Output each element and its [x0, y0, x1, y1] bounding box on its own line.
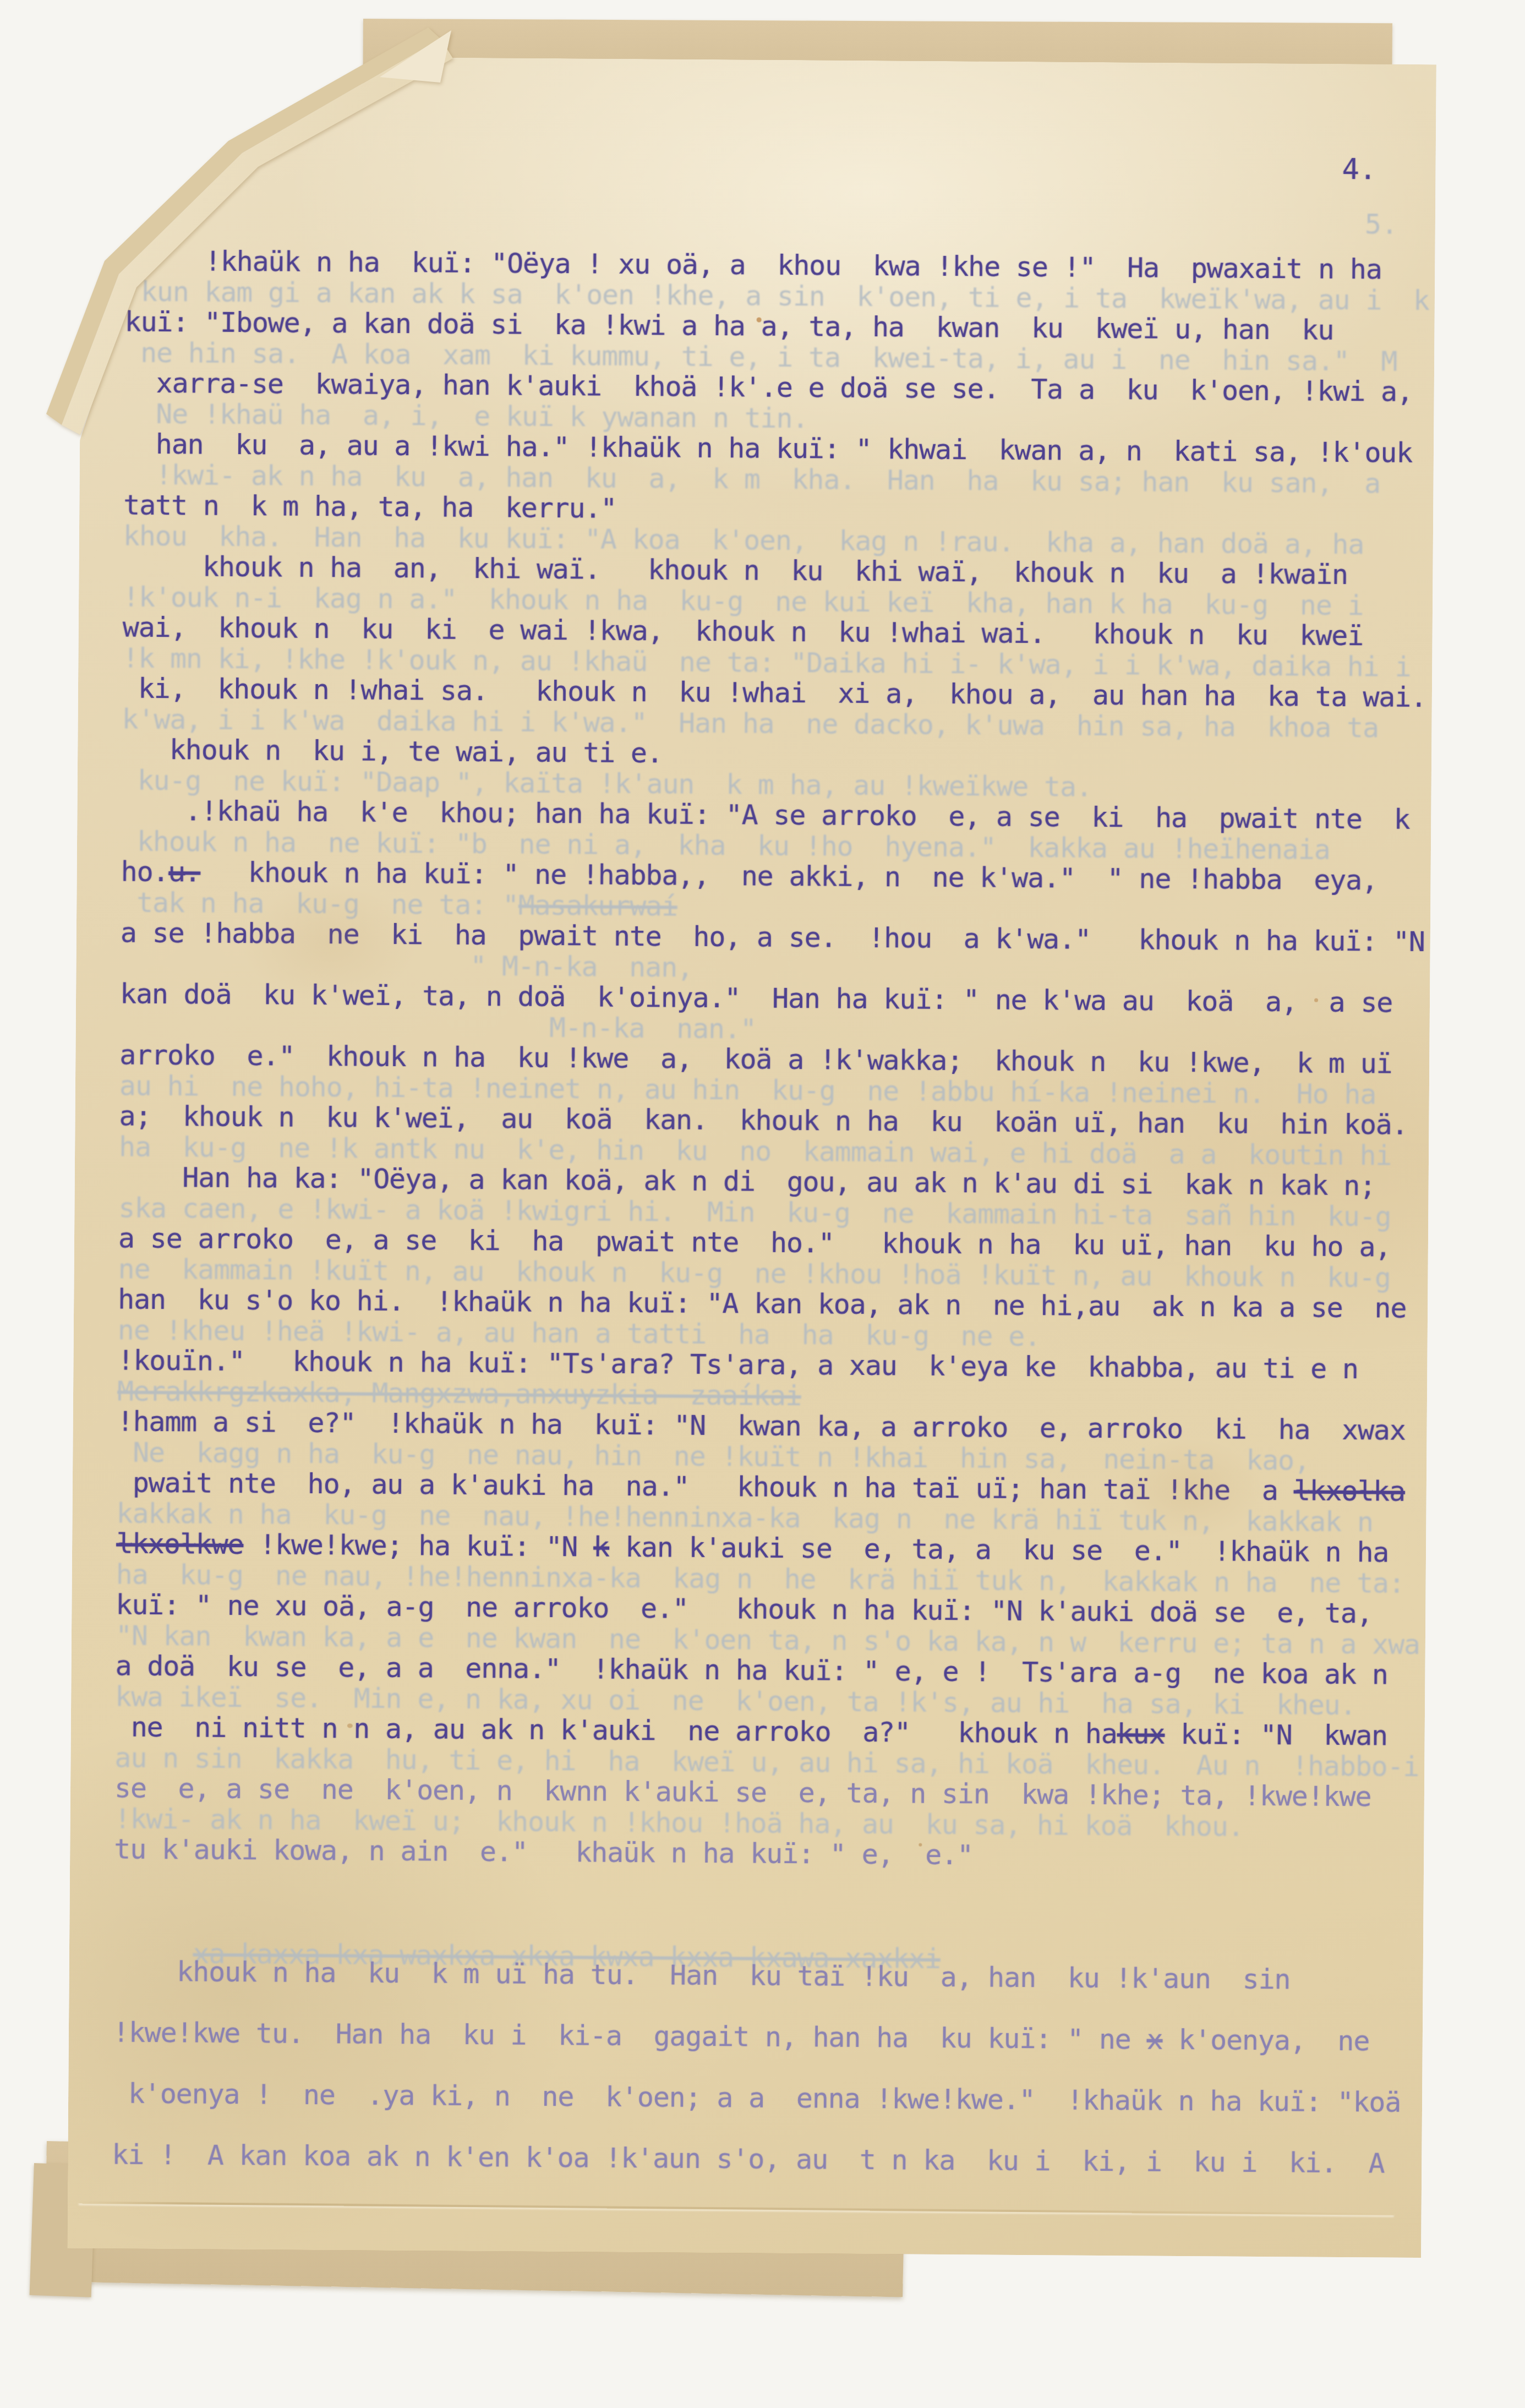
text-segment: k'oenya ! ne .ya ki, n ne k'oen; a a enn…	[128, 2078, 1401, 2118]
text-segment: k'oenya, ne	[1162, 2024, 1369, 2057]
text-segment: tu k'auki kowa, n ain e." khaük n ha kuï…	[114, 1833, 973, 1871]
struck-out-text: Masakurwaí	[518, 889, 677, 922]
text-segment: tatt n k m ha, ta, ha kerru."	[123, 489, 616, 525]
paper-speck	[347, 1723, 353, 1728]
text-segment: !kwe!kwe; ha kuï: "N	[243, 1528, 593, 1563]
text-segment: M-n-ka nan."	[549, 1011, 756, 1045]
struck-out-text: ʉ.	[168, 856, 200, 888]
fold-outer-crease	[44, 22, 479, 462]
text-segment: !kwe!kwe tu. Han ha ku i ki-a gagait n, …	[113, 2016, 1147, 2055]
text-segment: khouk n ha ku k m uï ha tu. Han ku taï !…	[177, 1956, 1291, 1995]
text-line: k'oenya ! ne .ya ki, n ne k'oen; a a enn…	[128, 2080, 1401, 2116]
bleedthrough-text-line: " M-n-ka nan,	[470, 952, 693, 981]
struck-out-text: x	[1146, 2024, 1162, 2056]
scanned-document-page: { "document": { "page_number": "4.", "gh…	[0, 0, 1525, 2408]
text-line: !kwe!kwe tu. Han ha ku i ki-a gagait n, …	[113, 2018, 1370, 2055]
text-line: ki ! A kan koa ak n k'en k'oa !k'aun s'o…	[112, 2141, 1385, 2177]
paper-speck	[757, 318, 762, 323]
fold-crumple	[44, 22, 479, 462]
struck-out-text: kux	[1117, 1718, 1165, 1750]
bleedthrough-text-line: Merakkrgzkaxka, Mangxzwa,anxuyzkia zaaík…	[117, 1377, 801, 1410]
bleedthrough-text-line: M-n-ka nan."	[549, 1013, 756, 1042]
paper-speck	[1314, 998, 1318, 1002]
text-segment: kuï: "N kwan	[1165, 1718, 1387, 1752]
text-line: khouk n ku i, te wai, au ti e.	[170, 736, 663, 767]
text-segment: " M-n-ka nan,	[470, 949, 693, 983]
text-segment: khouk n ku i, te wai, au ti e.	[170, 734, 663, 769]
paper-blotch	[1118, 1438, 1261, 1538]
text-line: tu k'auki kowa, n ain e." khaük n ha kuï…	[114, 1835, 973, 1869]
text-line: tatt n k m ha, ta, ha kerru."	[123, 492, 616, 522]
folded-corner-dog-ear	[44, 22, 479, 462]
struck-out-text: ɫkxɵɫka	[1293, 1475, 1405, 1507]
struck-out-text: ɫkxɵɫkwe	[116, 1527, 244, 1560]
text-line: khouk n ha ku k m uï ha tu. Han ku taï !…	[177, 1958, 1290, 1993]
text-segment: ki ! A kan koa ak n k'en k'oa !k'aun s'o…	[112, 2138, 1385, 2179]
struck-out-text: k	[593, 1531, 609, 1563]
paper-speck	[919, 1843, 922, 1847]
fold-inner-flap	[44, 22, 479, 462]
paper-blotch	[241, 882, 418, 1004]
text-segment: ho.	[121, 856, 168, 888]
